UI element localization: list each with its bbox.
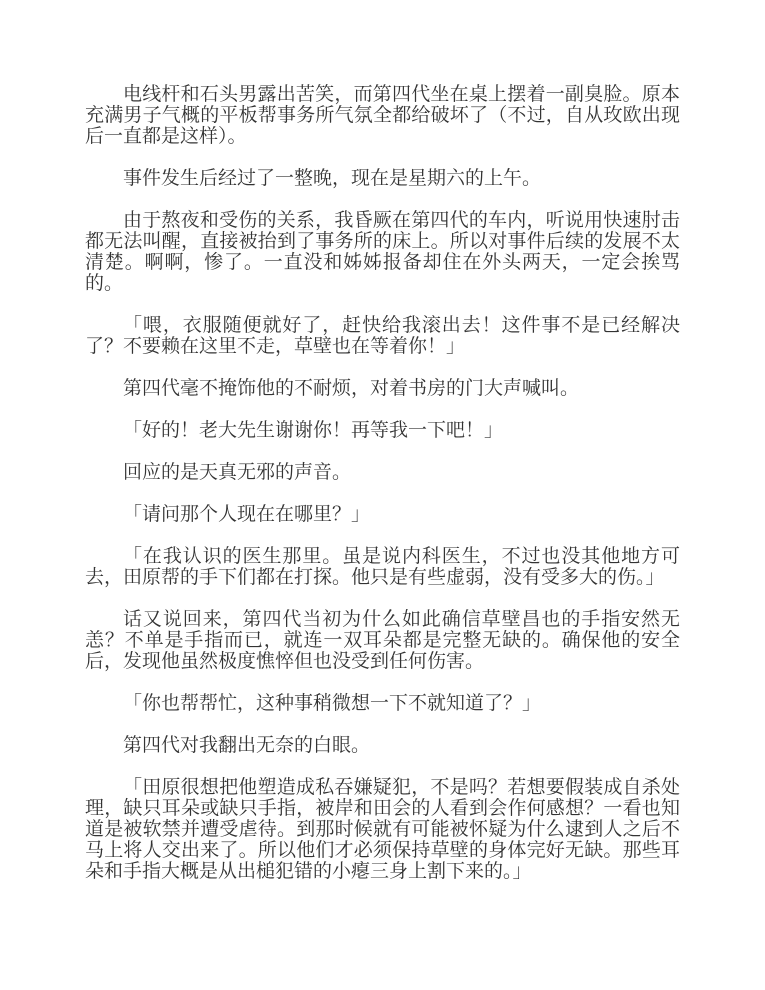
- document-page: 电线杆和石头男露出苦笑，而第四代坐在桌上摆着一副臭脸。原本充满男子气概的平板帮事…: [0, 0, 765, 990]
- paragraph: 「喂，衣服随便就好了，赶快给我滚出去！这件事不是已经解决了？不要赖在这里不走，草…: [85, 315, 680, 357]
- paragraph: 「请问那个人现在在哪里？」: [85, 504, 680, 525]
- paragraph: 第四代毫不掩饰他的不耐烦，对着书房的门大声喊叫。: [85, 378, 680, 399]
- paragraph: 「好的！老大先生谢谢你！再等我一下吧！」: [85, 420, 680, 441]
- text-body: 电线杆和石头男露出苦笑，而第四代坐在桌上摆着一副臭脸。原本充满男子气概的平板帮事…: [85, 84, 680, 882]
- paragraph: 由于熬夜和受伤的关系，我昏厥在第四代的车内，听说用快速肘击都无法叫醒，直接被抬到…: [85, 210, 680, 294]
- paragraph: 第四代对我翻出无奈的白眼。: [85, 735, 680, 756]
- paragraph: 「你也帮帮忙，这种事稍微想一下不就知道了？」: [85, 693, 680, 714]
- paragraph: 「在我认识的医生那里。虽是说内科医生，不过也没其他地方可去，田原帮的手下们都在打…: [85, 546, 680, 588]
- paragraph: 事件发生后经过了一整晚，现在是星期六的上午。: [85, 168, 680, 189]
- paragraph: 回应的是天真无邪的声音。: [85, 462, 680, 483]
- paragraph: 话又说回来，第四代当初为什么如此确信草壁昌也的手指安然无恙？不单是手指而已，就连…: [85, 609, 680, 672]
- paragraph: 电线杆和石头男露出苦笑，而第四代坐在桌上摆着一副臭脸。原本充满男子气概的平板帮事…: [85, 84, 680, 147]
- paragraph: 「田原很想把他塑造成私吞嫌疑犯，不是吗？若想要假装成自杀处理，缺只耳朵或缺只手指…: [85, 777, 680, 882]
